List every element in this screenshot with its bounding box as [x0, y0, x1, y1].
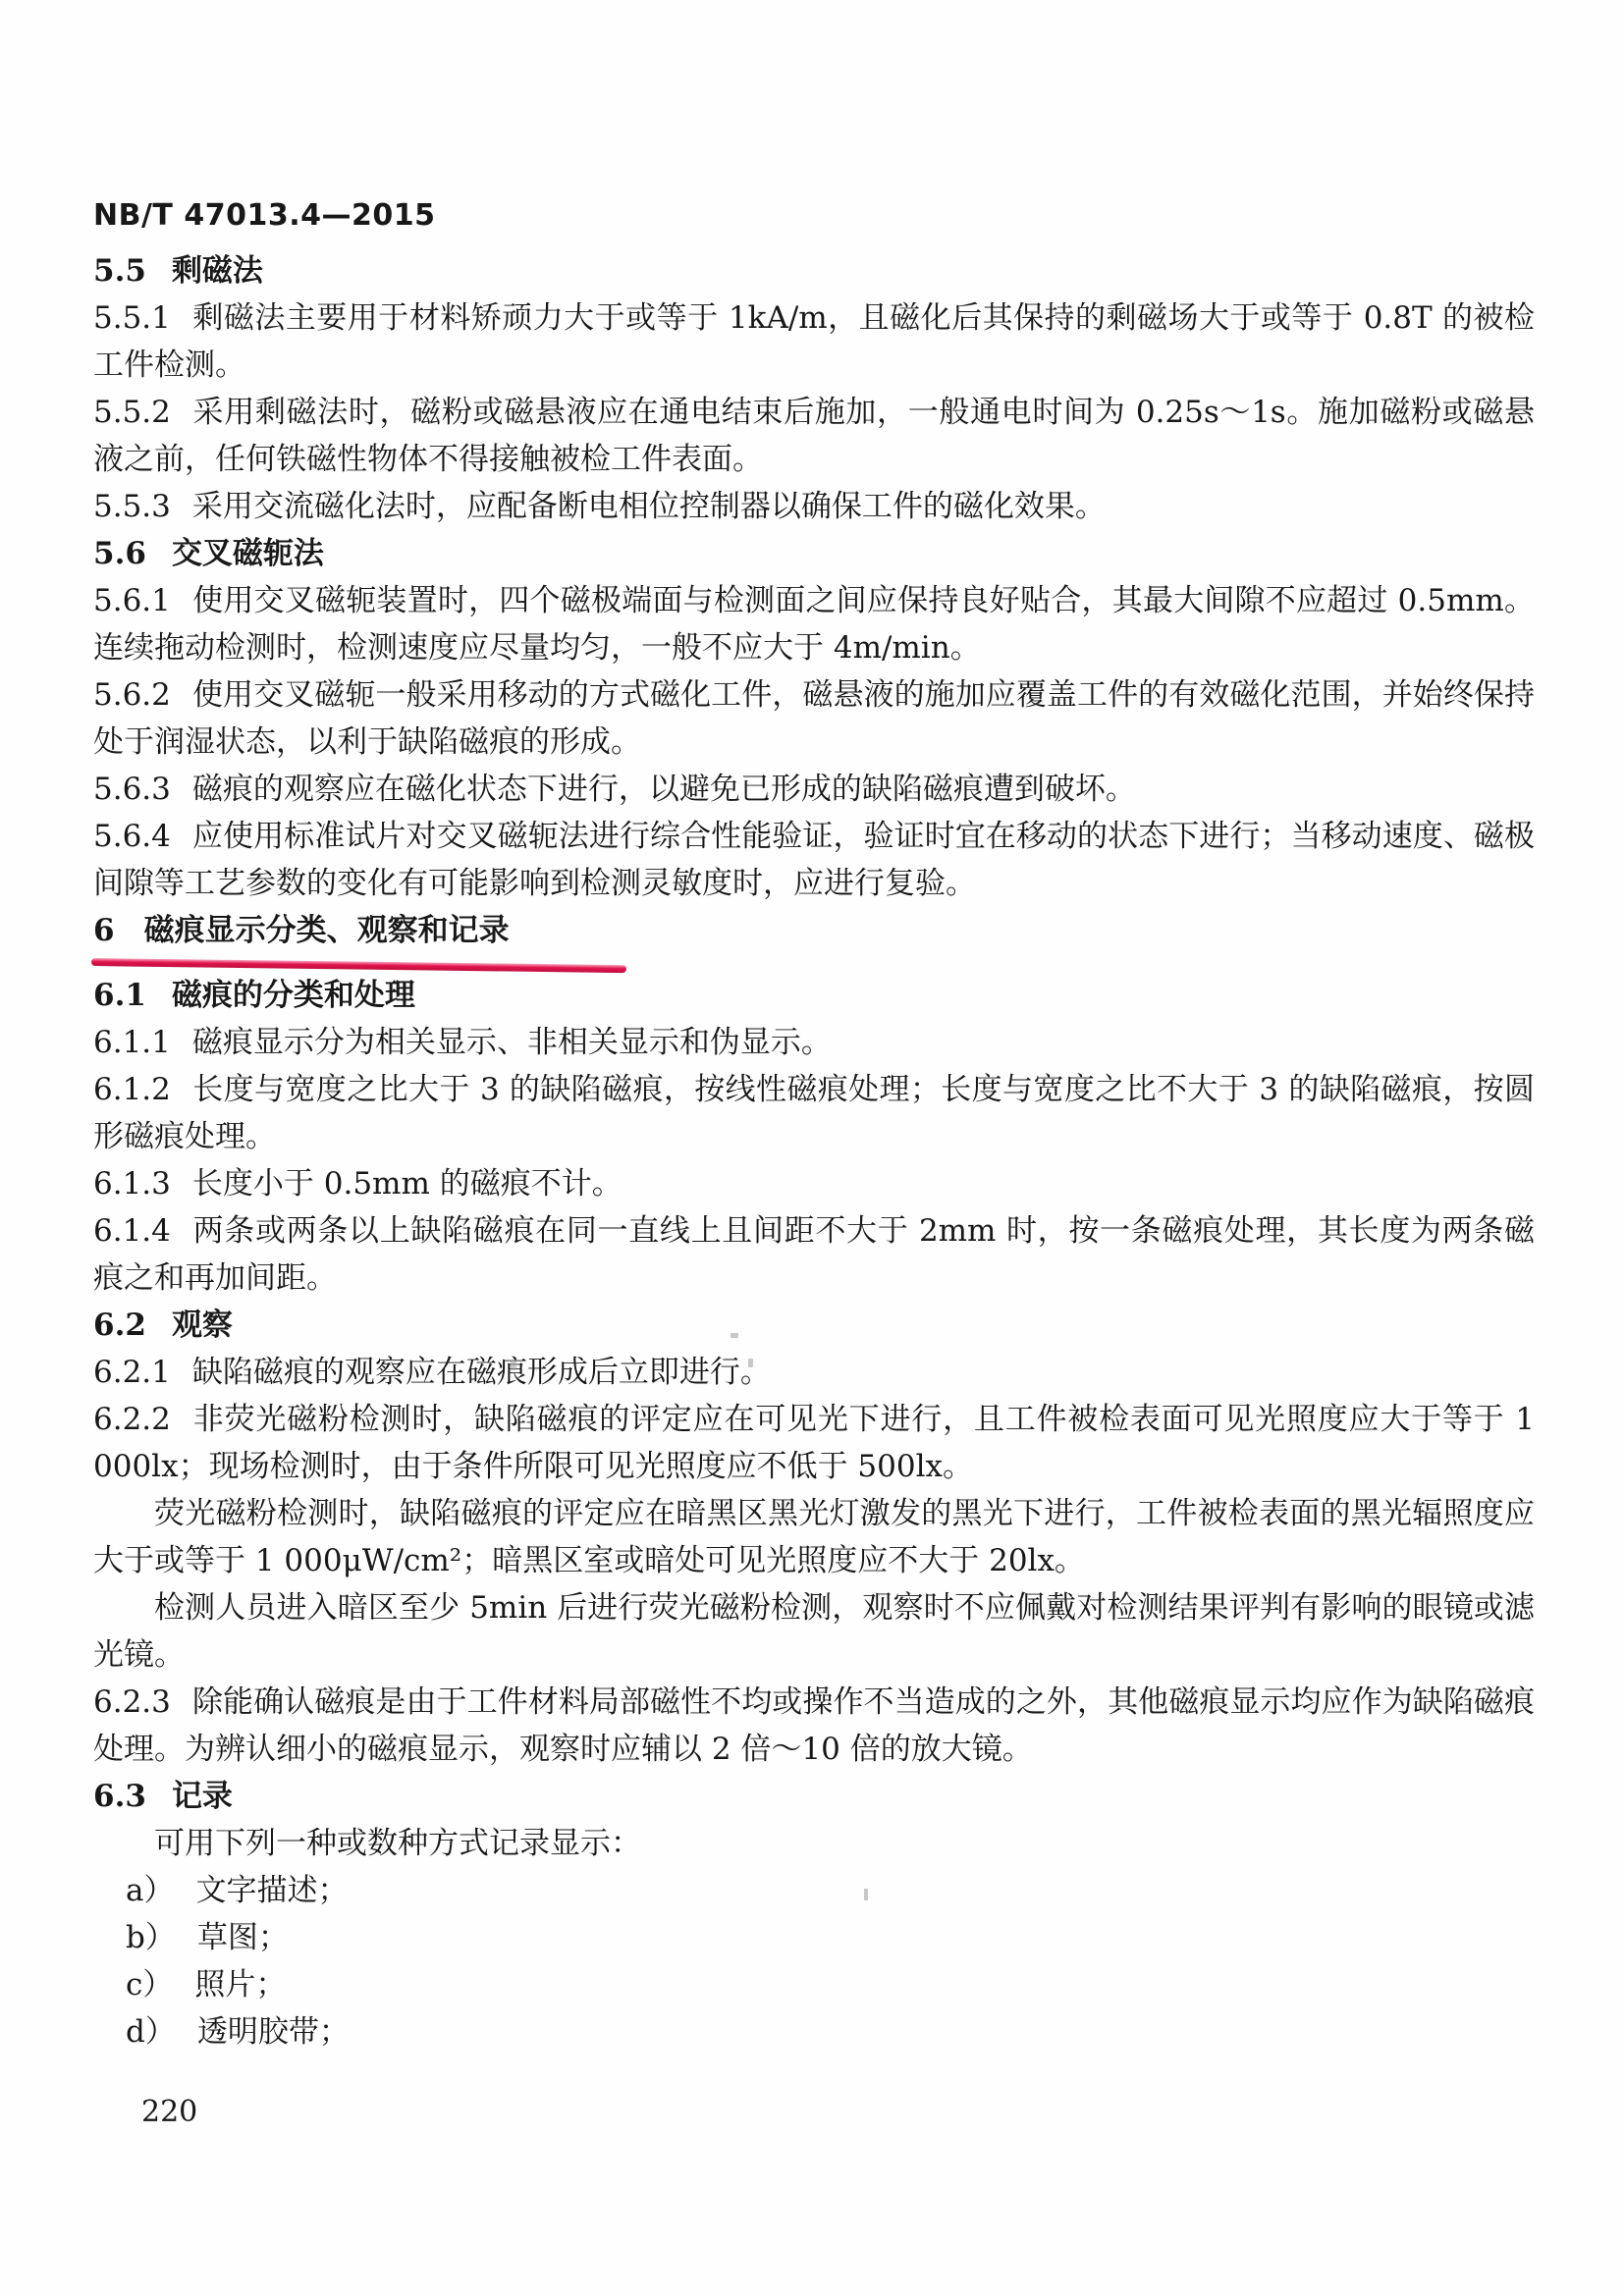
clause-6-2-3-text: 除能确认磁痕是由于工件材料局部磁性不均或操作不当造成的之外，其他磁痕显示均应作为… — [93, 1684, 1535, 1767]
heading-6-title: 磁痕显示分类、观察和记录 — [144, 913, 510, 948]
clause-5-5-2: 5.5.2采用剩磁法时，磁粉或磁悬液应在通电结束后施加，一般通电时间为 0.25… — [93, 389, 1535, 483]
heading-6-1: 6.1磁痕的分类和处理 — [93, 972, 1535, 1019]
clause-6-1-3-number: 6.1.3 — [93, 1166, 171, 1201]
heading-6-2-number: 6.2 — [93, 1308, 146, 1343]
clause-5-6-4-number: 5.6.4 — [93, 819, 171, 854]
clause-6-2-1-number: 6.2.1 — [93, 1355, 171, 1390]
clause-6-1-3-text: 长度小于 0.5mm 的磁痕不计。 — [192, 1166, 623, 1201]
record-item-a-text: 文字描述； — [195, 1873, 348, 1908]
scan-speck — [864, 1889, 868, 1900]
red-underline-mark — [91, 958, 626, 973]
clause-6-2-3: 6.2.3除能确认磁痕是由于工件材料局部磁性不均或操作不当造成的之外，其他磁痕显… — [93, 1679, 1535, 1773]
record-item-c: c）照片； — [93, 1961, 1535, 2008]
clause-5-5-1: 5.5.1剩磁法主要用于材料矫顽力大于或等于 1kA/m，且磁化后其保持的剩磁场… — [93, 294, 1535, 389]
heading-5-6-title: 交叉磁轭法 — [172, 536, 324, 571]
clause-6-2-2-text: 非荧光磁粉检测时，缺陷磁痕的评定应在可见光下进行，且工件被检表面可见光照度应大于… — [93, 1402, 1535, 1484]
page-content: NB/T 47013.4—2015 5.5剩磁法 5.5.1剩磁法主要用于材料矫… — [93, 192, 1535, 2056]
clause-6-1-4-number: 6.1.4 — [93, 1213, 171, 1249]
record-item-a: a）文字描述； — [93, 1867, 1535, 1914]
heading-6-1-number: 6.1 — [93, 978, 146, 1013]
heading-5-5-title: 剩磁法 — [172, 253, 263, 289]
clause-5-6-3: 5.6.3磁痕的观察应在磁化状态下进行，以避免已形成的缺陷磁痕遭到破坏。 — [93, 766, 1535, 813]
heading-5-6-number: 5.6 — [93, 536, 146, 571]
heading-6-number: 6 — [93, 913, 115, 948]
scan-speck — [731, 1333, 738, 1338]
clause-5-5-2-text: 采用剩磁法时，磁粉或磁悬液应在通电结束后施加，一般通电时间为 0.25s～1s。… — [93, 395, 1535, 477]
clause-6-1-1-text: 磁痕显示分为相关显示、非相关显示和伪显示。 — [192, 1025, 832, 1060]
clause-6-1-2: 6.1.2长度与宽度之比大于 3 的缺陷磁痕，按线性磁痕处理；长度与宽度之比不大… — [93, 1066, 1535, 1160]
clause-5-6-4-text: 应使用标准试片对交叉磁轭法进行综合性能验证，验证时宜在移动的状态下进行；当移动速… — [93, 819, 1535, 901]
heading-5-5-number: 5.5 — [93, 253, 146, 289]
record-item-b-label: b） — [126, 1920, 176, 1955]
heading-6-2: 6.2观察 — [93, 1302, 1535, 1349]
clause-6-1-4: 6.1.4两条或两条以上缺陷磁痕在同一直线上且间距不大于 2mm 时，按一条磁痕… — [93, 1207, 1535, 1302]
clause-5-6-3-text: 磁痕的观察应在磁化状态下进行，以避免已形成的缺陷磁痕遭到破坏。 — [192, 772, 1136, 807]
clause-5-6-1-number: 5.6.1 — [93, 583, 171, 618]
record-item-a-label: a） — [126, 1873, 174, 1908]
clause-5-5-2-number: 5.5.2 — [93, 395, 171, 430]
clause-6-2-2: 6.2.2非荧光磁粉检测时，缺陷磁痕的评定应在可见光下进行，且工件被检表面可见光… — [93, 1396, 1535, 1490]
clause-5-5-3: 5.5.3采用交流磁化法时，应配备断电相位控制器以确保工件的磁化效果。 — [93, 483, 1535, 530]
heading-6-3: 6.3记录 — [93, 1773, 1535, 1820]
clause-6-1-3: 6.1.3长度小于 0.5mm 的磁痕不计。 — [93, 1160, 1535, 1207]
para-dark-adaptation: 检测人员进入暗区至少 5min 后进行荧光磁粉检测，观察时不应佩戴对检测结果评判… — [93, 1584, 1535, 1679]
clause-5-5-3-text: 采用交流磁化法时，应配备断电相位控制器以确保工件的磁化效果。 — [192, 489, 1106, 524]
record-item-c-text: 照片； — [194, 1967, 286, 2002]
scan-speck — [511, 1361, 516, 1370]
heading-6-3-title: 记录 — [172, 1779, 233, 1814]
heading-6: 6磁痕显示分类、观察和记录 — [93, 907, 1535, 954]
clause-5-6-2-number: 5.6.2 — [93, 677, 171, 713]
record-item-d-label: d） — [126, 2014, 176, 2050]
clause-6-1-2-number: 6.1.2 — [93, 1072, 171, 1107]
para-record-intro: 可用下列一种或数种方式记录显示： — [93, 1820, 1535, 1867]
record-item-b-text: 草图； — [197, 1920, 289, 1955]
clause-5-5-3-number: 5.5.3 — [93, 489, 171, 524]
clause-5-5-1-number: 5.5.1 — [93, 300, 171, 336]
record-item-d-text: 透明胶带； — [197, 2014, 350, 2050]
document-page: NB/T 47013.4—2015 5.5剩磁法 5.5.1剩磁法主要用于材料矫… — [0, 0, 1624, 2296]
clause-6-1-2-text: 长度与宽度之比大于 3 的缺陷磁痕，按线性磁痕处理；长度与宽度之比不大于 3 的… — [93, 1072, 1535, 1154]
page-number: 220 — [141, 2089, 197, 2136]
clause-5-6-2-text: 使用交叉磁轭一般采用移动的方式磁化工件，磁悬液的施加应覆盖工件的有效磁化范围，并… — [93, 677, 1535, 760]
clause-6-2-2-number: 6.2.2 — [93, 1402, 171, 1437]
heading-6-3-number: 6.3 — [93, 1779, 146, 1814]
heading-6-2-title: 观察 — [172, 1308, 233, 1343]
clause-6-2-1-text: 缺陷磁痕的观察应在磁痕形成后立即进行。 — [192, 1355, 771, 1390]
scan-speck — [748, 1359, 753, 1367]
clause-6-1-1: 6.1.1磁痕显示分为相关显示、非相关显示和伪显示。 — [93, 1019, 1535, 1066]
clause-6-2-1: 6.2.1缺陷磁痕的观察应在磁痕形成后立即进行。 — [93, 1349, 1535, 1396]
clause-5-6-4: 5.6.4应使用标准试片对交叉磁轭法进行综合性能验证，验证时宜在移动的状态下进行… — [93, 813, 1535, 907]
doc-code: NB/T 47013.4—2015 — [93, 192, 1535, 240]
clause-5-6-1-text: 使用交叉磁轭装置时，四个磁极端面与检测面之间应保持良好贴合，其最大间隙不应超过 … — [93, 583, 1535, 666]
clause-5-5-1-text: 剩磁法主要用于材料矫顽力大于或等于 1kA/m，且磁化后其保持的剩磁场大于或等于… — [93, 300, 1535, 383]
record-item-b: b）草图； — [93, 1914, 1535, 1961]
clause-6-2-3-number: 6.2.3 — [93, 1684, 171, 1720]
clause-6-1-4-text: 两条或两条以上缺陷磁痕在同一直线上且间距不大于 2mm 时，按一条磁痕处理，其长… — [93, 1213, 1535, 1296]
clause-5-6-1: 5.6.1使用交叉磁轭装置时，四个磁极端面与检测面之间应保持良好贴合，其最大间隙… — [93, 577, 1535, 671]
heading-5-5: 5.5剩磁法 — [93, 247, 1535, 294]
clause-5-6-2: 5.6.2使用交叉磁轭一般采用移动的方式磁化工件，磁悬液的施加应覆盖工件的有效磁… — [93, 671, 1535, 766]
para-fluorescent-observation: 荧光磁粉检测时，缺陷磁痕的评定应在暗黑区黑光灯激发的黑光下进行，工件被检表面的黑… — [93, 1490, 1535, 1584]
record-item-d: d）透明胶带； — [93, 2008, 1535, 2056]
heading-6-1-title: 磁痕的分类和处理 — [172, 978, 415, 1013]
clause-6-1-1-number: 6.1.1 — [93, 1025, 171, 1060]
heading-5-6: 5.6交叉磁轭法 — [93, 530, 1535, 577]
clause-5-6-3-number: 5.6.3 — [93, 772, 171, 807]
record-item-c-label: c） — [126, 1967, 173, 2002]
